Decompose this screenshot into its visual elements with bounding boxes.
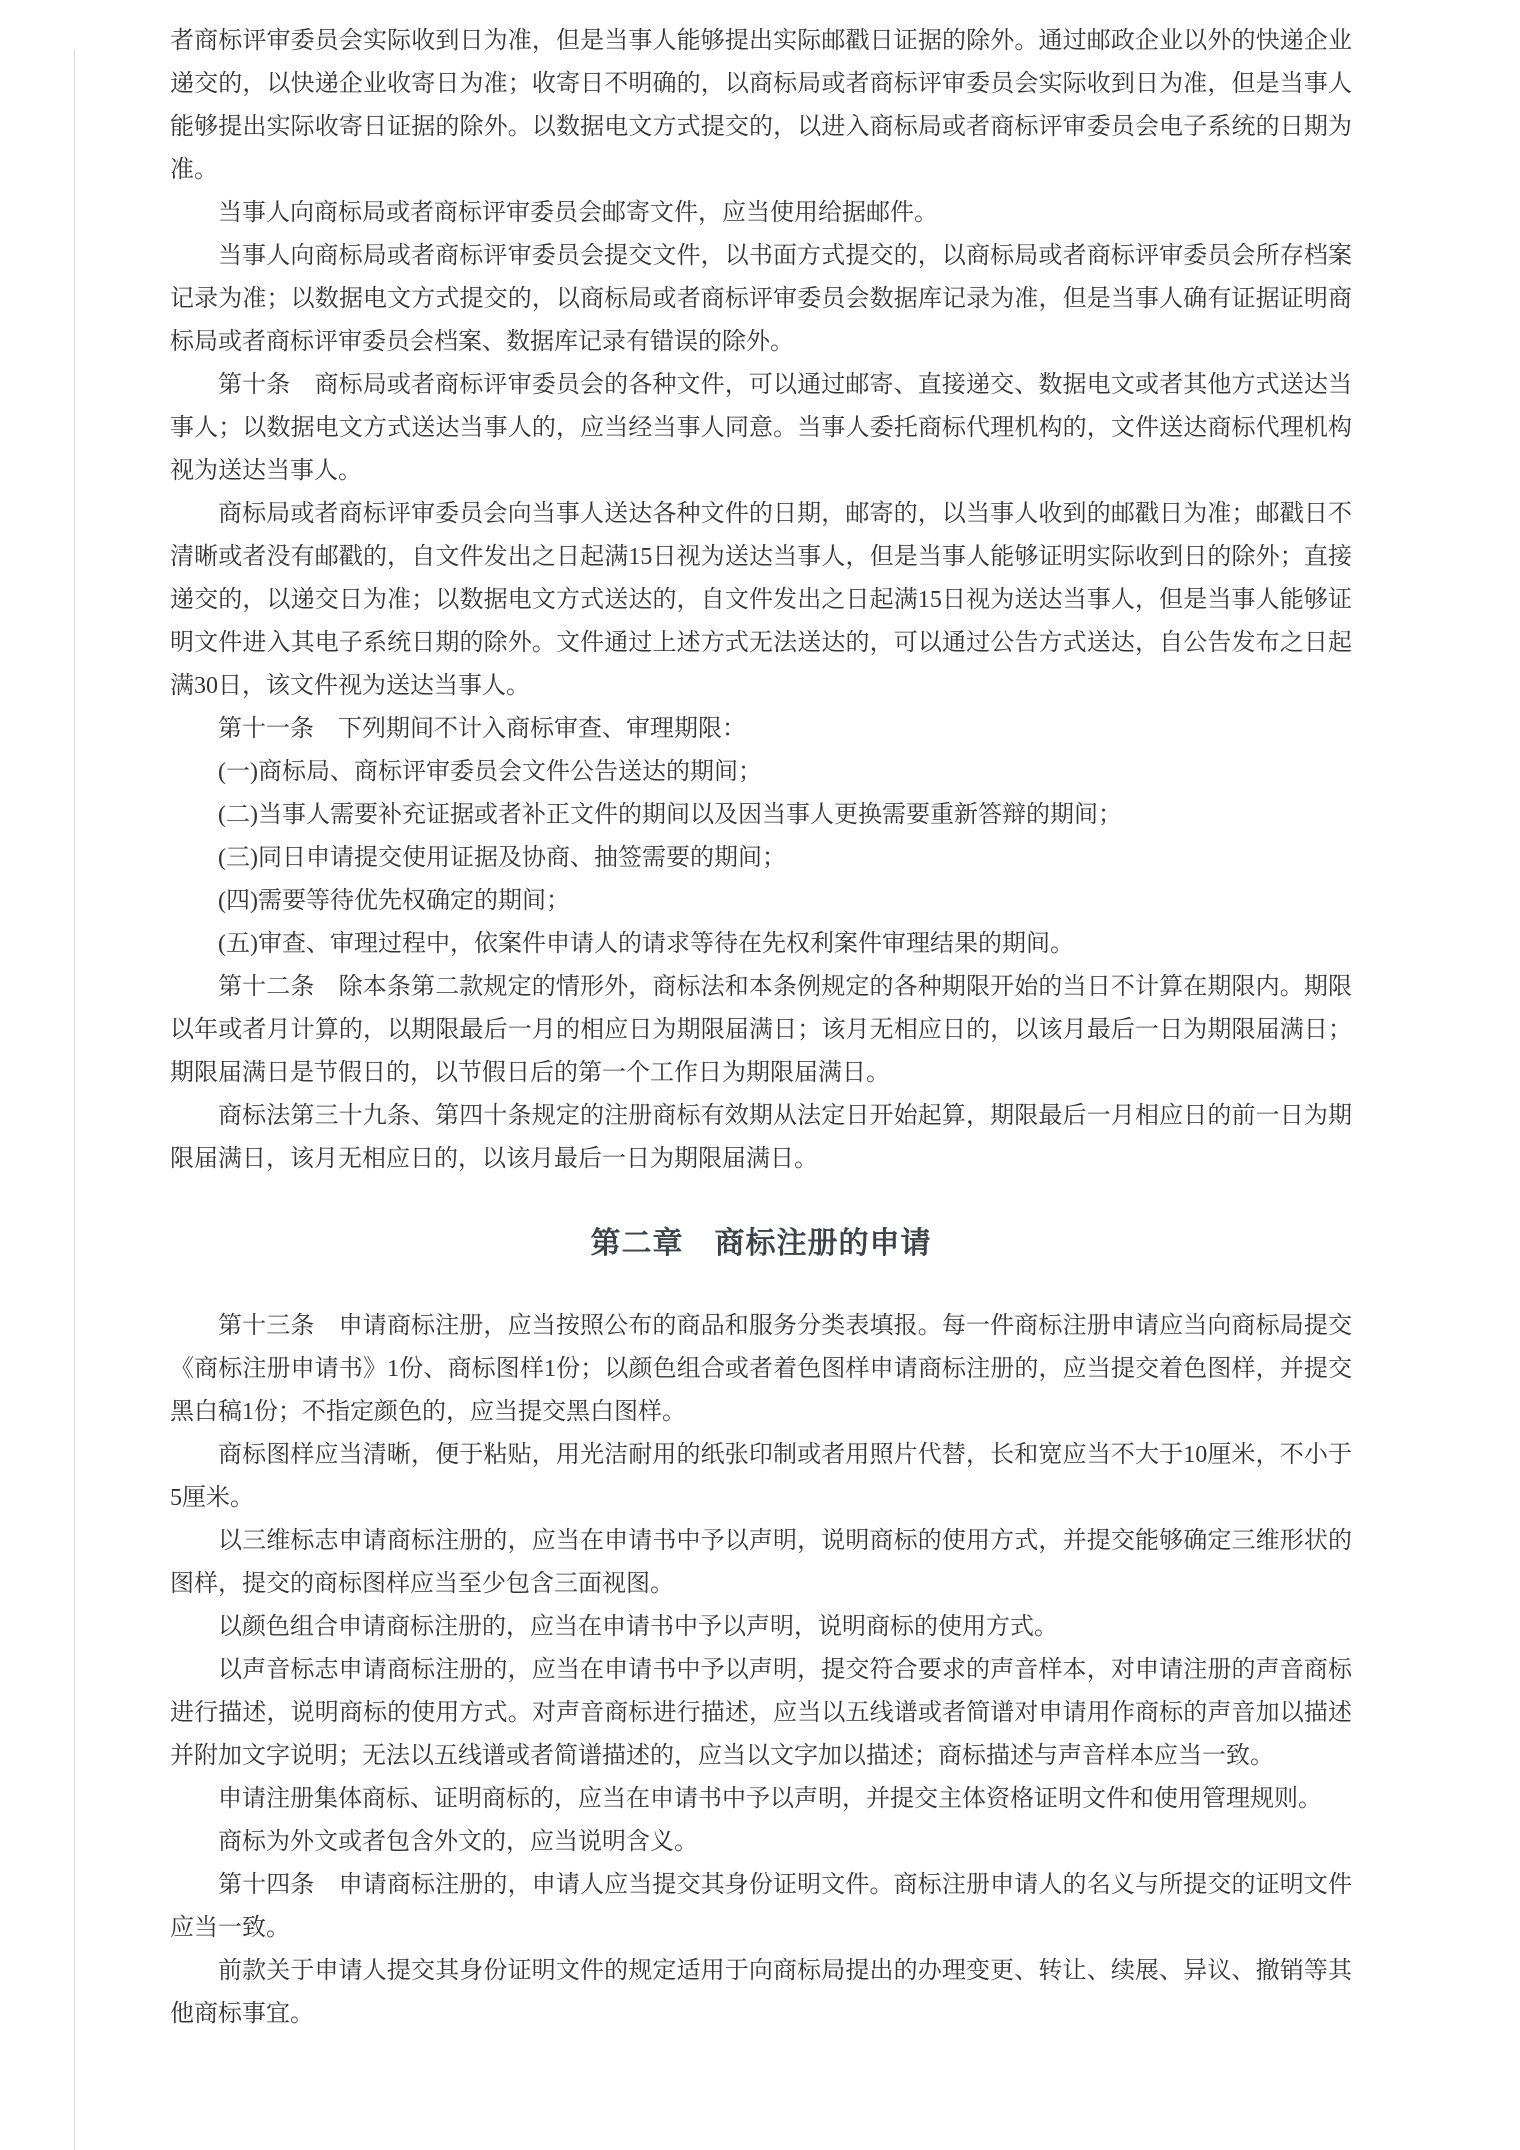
paragraph: 当事人向商标局或者商标评审委员会邮寄文件，应当使用给据邮件。 bbox=[170, 192, 1352, 235]
page-left-border bbox=[74, 50, 75, 2150]
paragraph: 以三维标志申请商标注册的，应当在申请书中予以声明，说明商标的使用方式，并提交能够… bbox=[170, 1520, 1352, 1606]
paragraph-article-12: 第十二条 除本条第二款规定的情形外，商标法和本条例规定的各种期限开始的当日不计算… bbox=[170, 966, 1352, 1095]
paragraph-article-11: 第十一条 下列期间不计入商标审查、审理期限： bbox=[170, 708, 1352, 751]
list-item: (三)同日申请提交使用证据及协商、抽签需要的期间； bbox=[170, 837, 1352, 880]
paragraph: 以颜色组合申请商标注册的，应当在申请书中予以声明，说明商标的使用方式。 bbox=[170, 1606, 1352, 1649]
list-item: (四)需要等待优先权确定的期间； bbox=[170, 880, 1352, 923]
paragraph: 者商标评审委员会实际收到日为准，但是当事人能够提出实际邮戳日证据的除外。通过邮政… bbox=[170, 20, 1352, 192]
paragraph: 商标局或者商标评审委员会向当事人送达各种文件的日期，邮寄的，以当事人收到的邮戳日… bbox=[170, 493, 1352, 708]
chapter-heading: 第二章 商标注册的申请 bbox=[170, 1225, 1352, 1263]
paragraph-article-14: 第十四条 申请商标注册的，申请人应当提交其身份证明文件。商标注册申请人的名义与所… bbox=[170, 1864, 1352, 1950]
list-item: (二)当事人需要补充证据或者补正文件的期间以及因当事人更换需要重新答辩的期间； bbox=[170, 794, 1352, 837]
paragraph: 前款关于申请人提交其身份证明文件的规定适用于向商标局提出的办理变更、转让、续展、… bbox=[170, 1950, 1352, 2036]
list-item: (一)商标局、商标评审委员会文件公告送达的期间； bbox=[170, 751, 1352, 794]
paragraph: 申请注册集体商标、证明商标的，应当在申请书中予以声明，并提交主体资格证明文件和使… bbox=[170, 1778, 1352, 1821]
paragraph: 当事人向商标局或者商标评审委员会提交文件，以书面方式提交的，以商标局或者商标评审… bbox=[170, 235, 1352, 364]
document-body: 者商标评审委员会实际收到日为准，但是当事人能够提出实际邮戳日证据的除外。通过邮政… bbox=[170, 20, 1352, 2036]
paragraph: 商标法第三十九条、第四十条规定的注册商标有效期从法定日开始起算，期限最后一月相应… bbox=[170, 1095, 1352, 1181]
paragraph: 以声音标志申请商标注册的，应当在申请书中予以声明，提交符合要求的声音样本，对申请… bbox=[170, 1649, 1352, 1778]
paragraph: 商标图样应当清晰，便于粘贴，用光洁耐用的纸张印制或者用照片代替，长和宽应当不大于… bbox=[170, 1434, 1352, 1520]
list-item: (五)审查、审理过程中，依案件申请人的请求等待在先权利案件审理结果的期间。 bbox=[170, 923, 1352, 966]
paragraph-article-13: 第十三条 申请商标注册，应当按照公布的商品和服务分类表填报。每一件商标注册申请应… bbox=[170, 1305, 1352, 1434]
document-page: 者商标评审委员会实际收到日为准，但是当事人能够提出实际邮戳日证据的除外。通过邮政… bbox=[0, 0, 1520, 2150]
paragraph: 商标为外文或者包含外文的，应当说明含义。 bbox=[170, 1821, 1352, 1864]
paragraph-article-10: 第十条 商标局或者商标评审委员会的各种文件，可以通过邮寄、直接递交、数据电文或者… bbox=[170, 364, 1352, 493]
